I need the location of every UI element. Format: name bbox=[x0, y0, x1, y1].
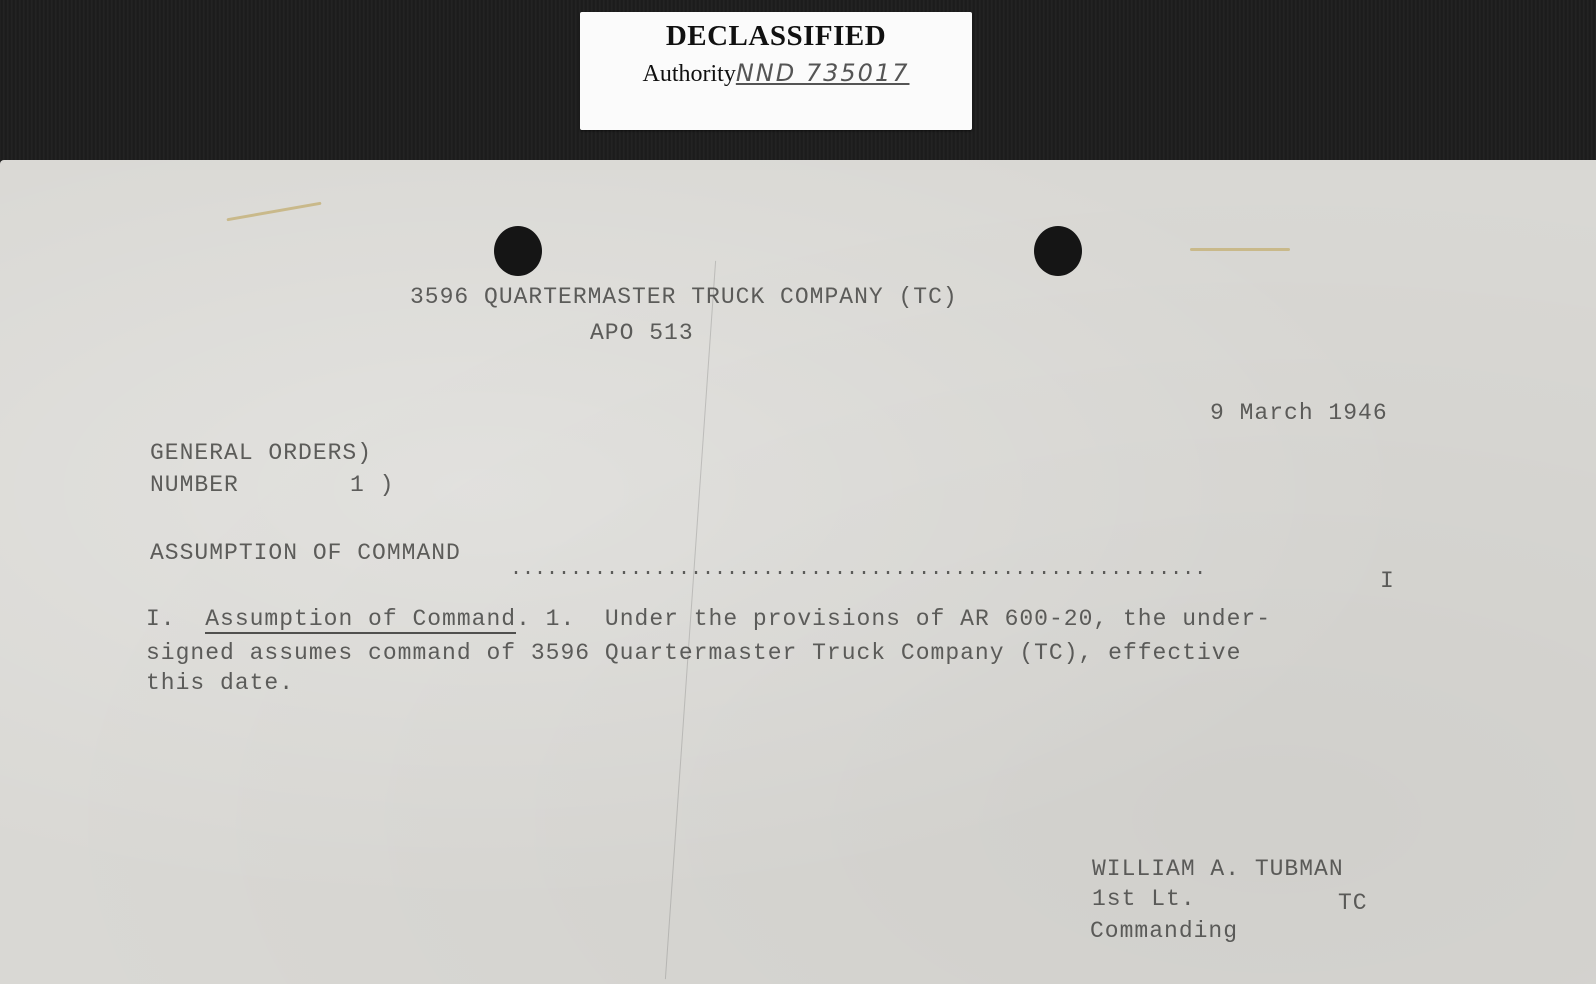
document-date: 9 March 1946 bbox=[1210, 400, 1388, 426]
staple-mark-left bbox=[226, 202, 321, 222]
body-line-1: I. Assumption of Command. 1. Under the p… bbox=[146, 606, 1271, 632]
body-line-3: this date. bbox=[146, 670, 294, 696]
apo-number: APO 513 bbox=[590, 320, 694, 346]
index-section: I bbox=[1380, 568, 1395, 594]
index-title: ASSUMPTION OF COMMAND bbox=[150, 540, 461, 566]
authority-value: NND 735017 bbox=[736, 59, 910, 87]
order-number-label: NUMBER bbox=[150, 472, 239, 498]
stamp-title: DECLASSIFIED bbox=[580, 20, 972, 53]
staple-mark-right bbox=[1190, 248, 1290, 251]
order-number: 1 ) bbox=[350, 472, 394, 498]
index-leader-dots: ........................................… bbox=[510, 558, 1206, 581]
general-orders-label: GENERAL ORDERS) bbox=[150, 440, 372, 466]
authority-label: Authority bbox=[643, 61, 736, 87]
stamp-authority: AuthorityNND 735017 bbox=[580, 59, 972, 88]
declassified-stamp: DECLASSIFIED AuthorityNND 735017 bbox=[580, 12, 972, 130]
punch-hole-left bbox=[494, 226, 542, 276]
signature-rank: 1st Lt. bbox=[1092, 886, 1196, 912]
section-heading: Assumption of Command bbox=[205, 606, 516, 634]
body-line-1-text: Under the provisions of AR 600-20, the u… bbox=[605, 606, 1271, 632]
signature-branch: TC bbox=[1338, 890, 1368, 916]
signature-title: Commanding bbox=[1090, 918, 1238, 944]
body-line-2: signed assumes command of 3596 Quarterma… bbox=[146, 640, 1241, 666]
section-number: I. bbox=[146, 606, 176, 632]
signature-name: WILLIAM A. TUBMAN bbox=[1092, 856, 1344, 882]
document-page: 3596 QUARTERMASTER TRUCK COMPANY (TC) AP… bbox=[0, 160, 1596, 984]
unit-header: 3596 QUARTERMASTER TRUCK COMPANY (TC) bbox=[410, 284, 958, 310]
paragraph-number: . 1. bbox=[516, 606, 575, 632]
punch-hole-right bbox=[1034, 226, 1082, 276]
